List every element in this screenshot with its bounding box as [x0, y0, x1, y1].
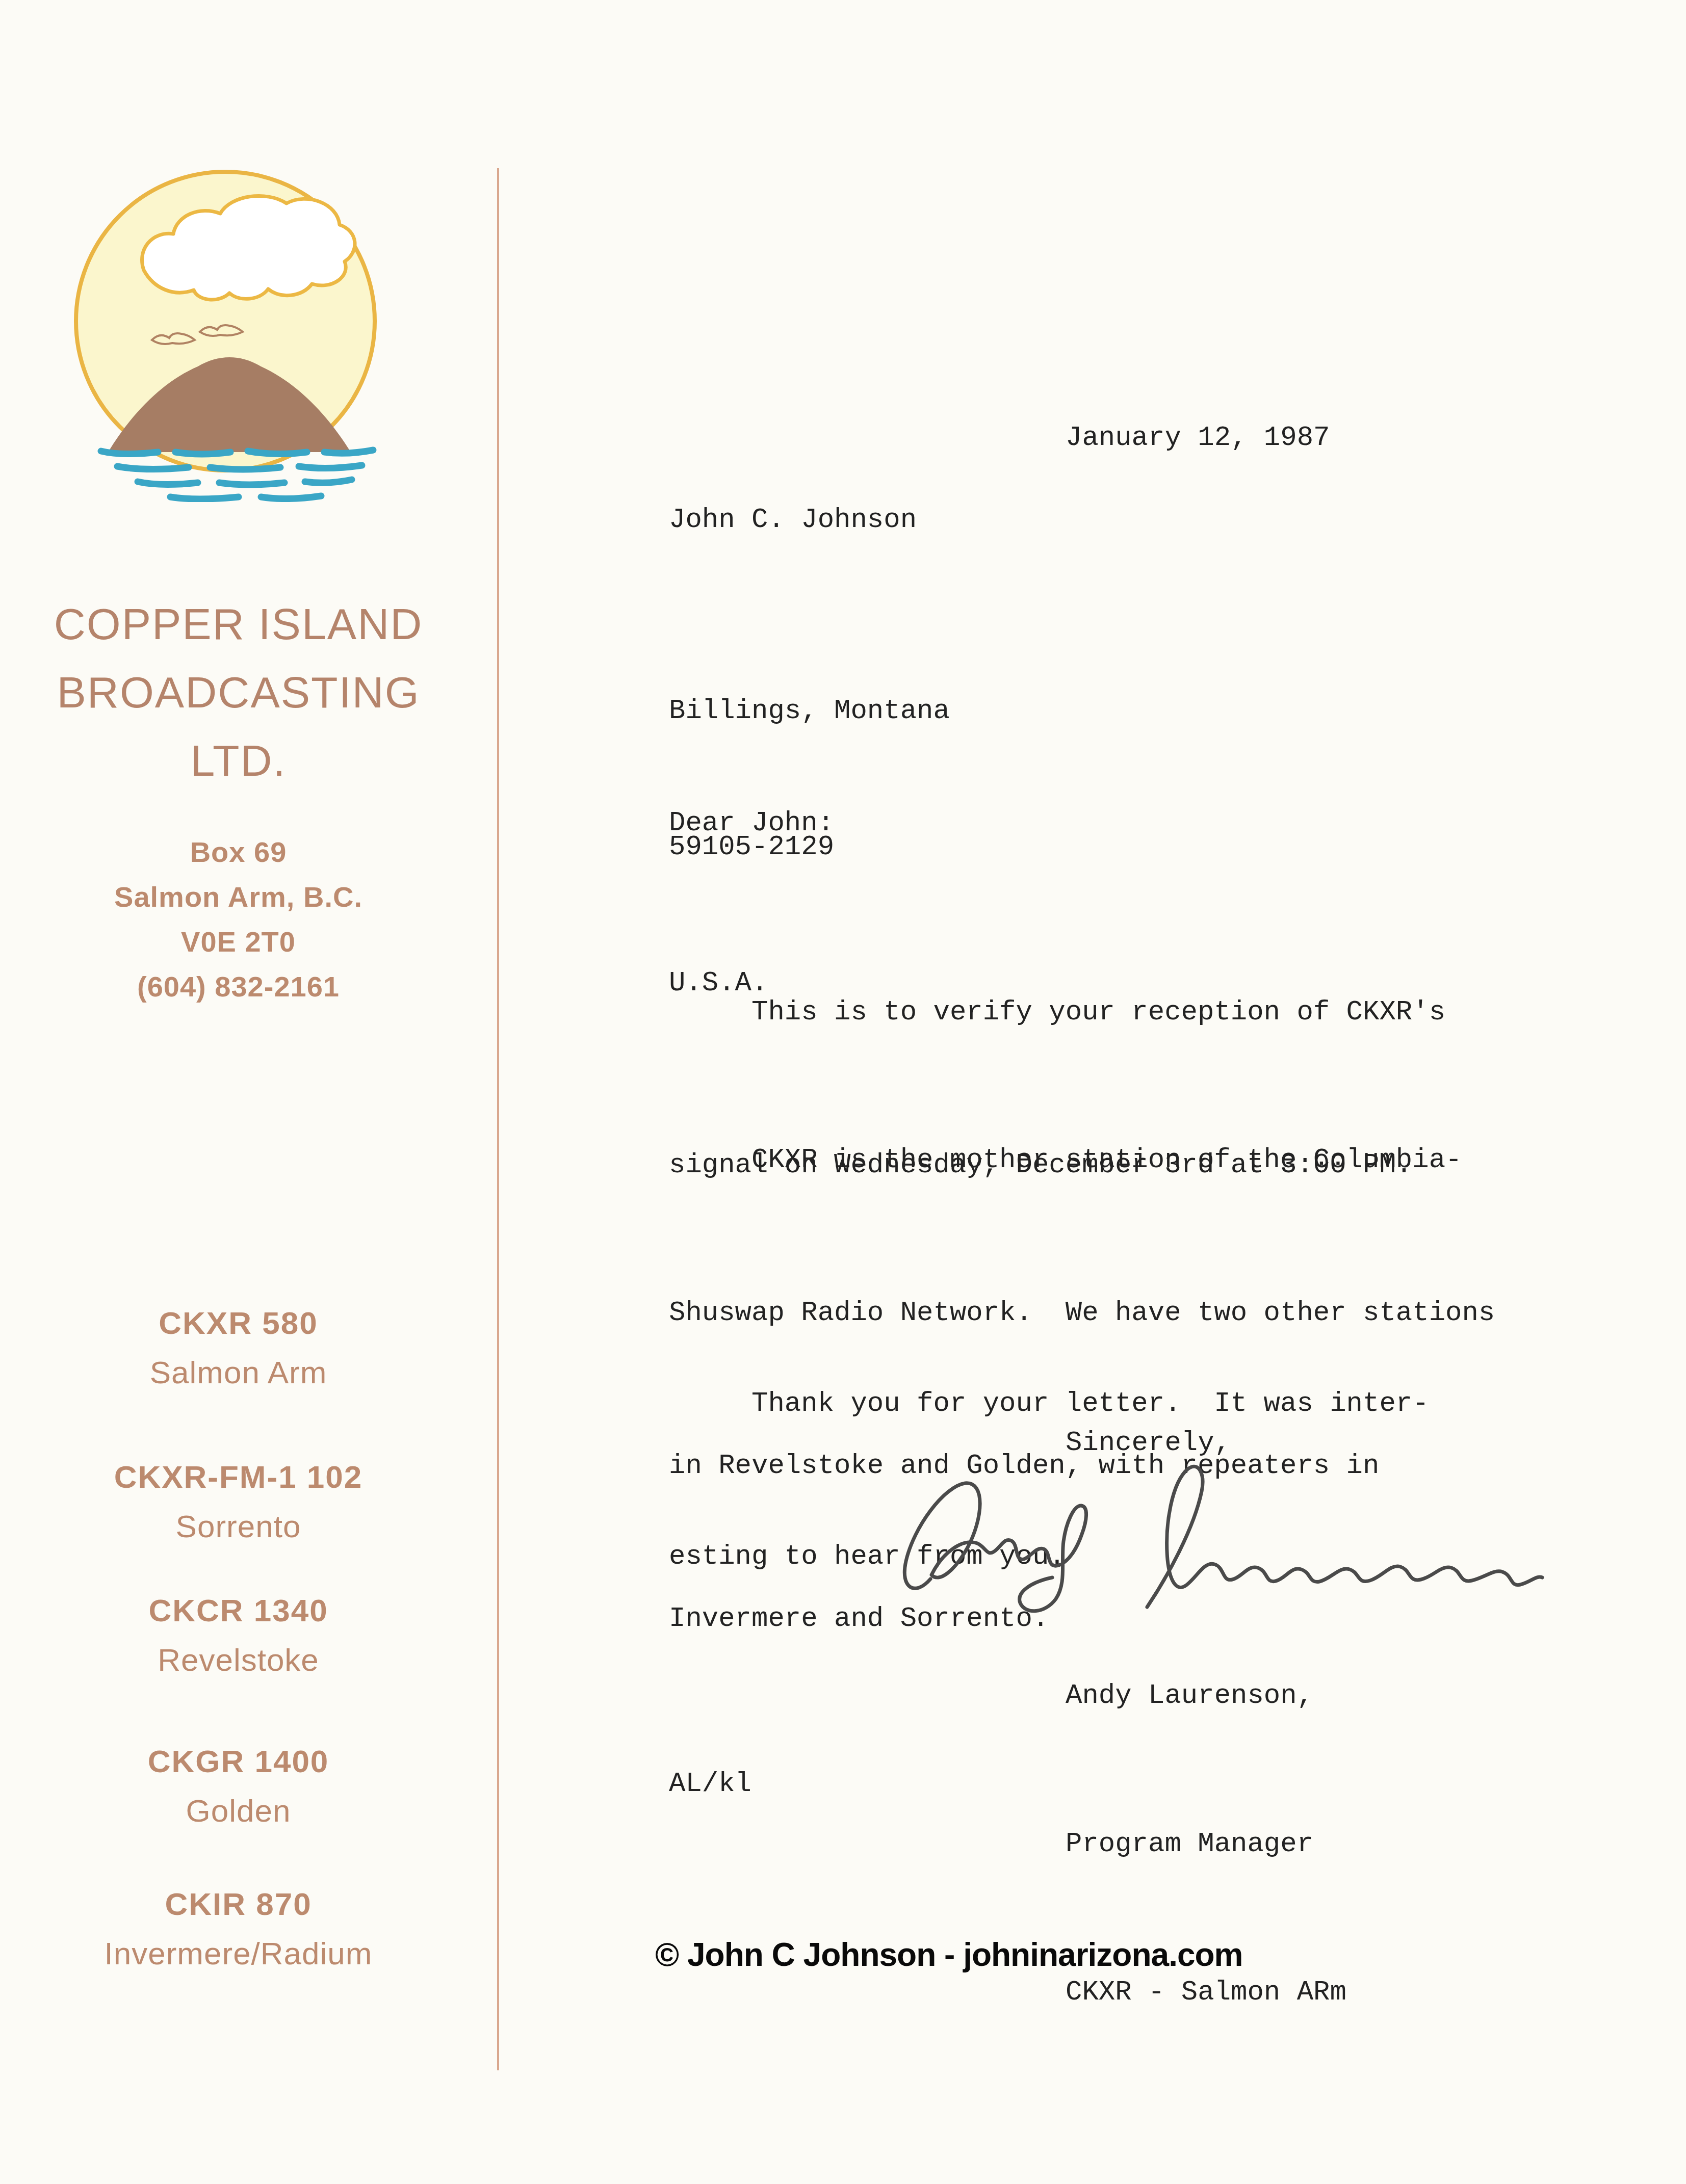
paragraph-line: This is to verify your reception of CKXR…	[669, 987, 1445, 1038]
recipient-name: John C. Johnson	[669, 496, 917, 545]
station-ckxr-fm: CKXR-FM-1 102 Sorrento	[0, 1453, 477, 1551]
address-line-box: Box 69	[0, 830, 477, 875]
station-call: CKIR 870	[0, 1880, 477, 1929]
station-ckxr: CKXR 580 Salmon Arm	[0, 1299, 477, 1398]
signer-title: Program Manager	[1066, 1820, 1346, 1869]
address-line-postal: V0E 2T0	[0, 919, 477, 964]
sun-island-logo-graphic	[66, 166, 393, 502]
vertical-divider	[497, 168, 499, 2070]
company-name-line: COPPER ISLAND	[0, 590, 477, 659]
letter-date: January 12, 1987	[1066, 414, 1330, 463]
station-ckir: CKIR 870 Invermere/Radium	[0, 1880, 477, 1979]
address-line-phone: (604) 832-2161	[0, 964, 477, 1009]
paragraph-line: Thank you for your letter. It was inter-	[669, 1379, 1429, 1430]
station-city: Sorrento	[0, 1502, 477, 1551]
station-city: Revelstoke	[0, 1636, 477, 1685]
station-call: CKGR 1400	[0, 1737, 477, 1786]
station-ckcr: CKCR 1340 Revelstoke	[0, 1586, 477, 1685]
station-city: Invermere/Radium	[0, 1929, 477, 1979]
address-line-city: Salmon Arm, B.C.	[0, 875, 477, 919]
station-call: CKXR-FM-1 102	[0, 1453, 477, 1502]
station-city: Salmon Arm	[0, 1348, 477, 1398]
station-city: Golden	[0, 1786, 477, 1836]
station-ckgr: CKGR 1400 Golden	[0, 1737, 477, 1836]
copyright-credit: © John C Johnson - johninarizona.com	[655, 1936, 1243, 1974]
company-name-line: LTD.	[0, 727, 477, 795]
station-call: CKXR 580	[0, 1299, 477, 1348]
signature-block: Andy Laurenson, Program Manager CKXR - S…	[1066, 1572, 1346, 2116]
recipient-city-line: Billings, Montana	[669, 689, 950, 734]
company-name: COPPER ISLAND BROADCASTING LTD.	[0, 590, 477, 795]
signer-name: Andy Laurenson,	[1066, 1671, 1346, 1721]
letter-page: COPPER ISLAND BROADCASTING LTD. Box 69 S…	[0, 0, 1686, 2184]
company-name-line: BROADCASTING	[0, 659, 477, 727]
paragraph-line: CKXR is the mother station of the Columb…	[669, 1135, 1495, 1186]
signer-station: CKXR - Salmon ARm	[1066, 1968, 1346, 2017]
typist-reference: AL/kl	[669, 1760, 751, 1809]
salutation: Dear John:	[669, 799, 834, 848]
company-logo	[66, 166, 393, 502]
company-address: Box 69 Salmon Arm, B.C. V0E 2T0 (604) 83…	[0, 830, 477, 1009]
station-call: CKCR 1340	[0, 1586, 477, 1636]
